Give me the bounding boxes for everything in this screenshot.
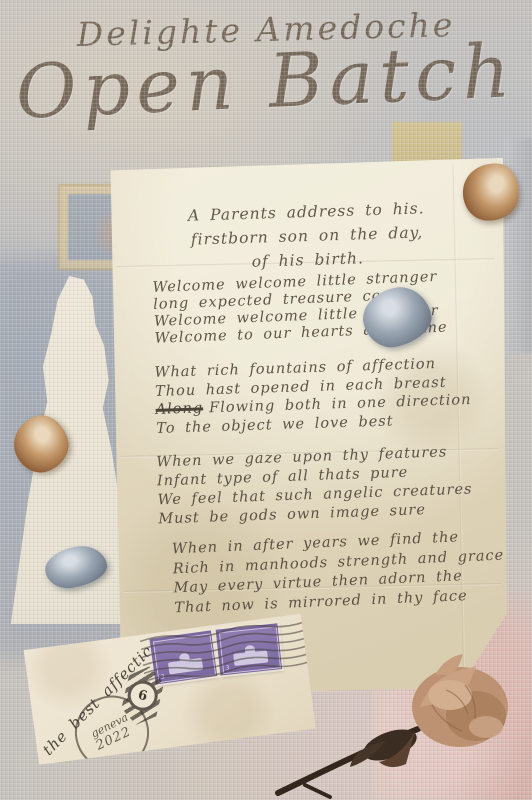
- title-block: Delighte Amedoche Open Batch: [0, 10, 532, 119]
- struck-out-word: Along: [155, 400, 203, 417]
- letter-heading: A Parents address to his. firstborn son …: [107, 194, 507, 278]
- page-title: Open Batch: [0, 33, 532, 130]
- poem-stanza: What rich fountains of affection Thou ha…: [154, 354, 472, 438]
- letter-paper: A Parents address to his. firstborn son …: [106, 158, 515, 696]
- dried-rose: [250, 645, 532, 800]
- poem-stanza: When we gaze upon thy features Infant ty…: [156, 442, 473, 529]
- poem-stanza: When in after years we find the Rich in …: [172, 527, 507, 619]
- scrapbook-page: Delighte Amedoche Open Batch A Parents a…: [0, 0, 532, 800]
